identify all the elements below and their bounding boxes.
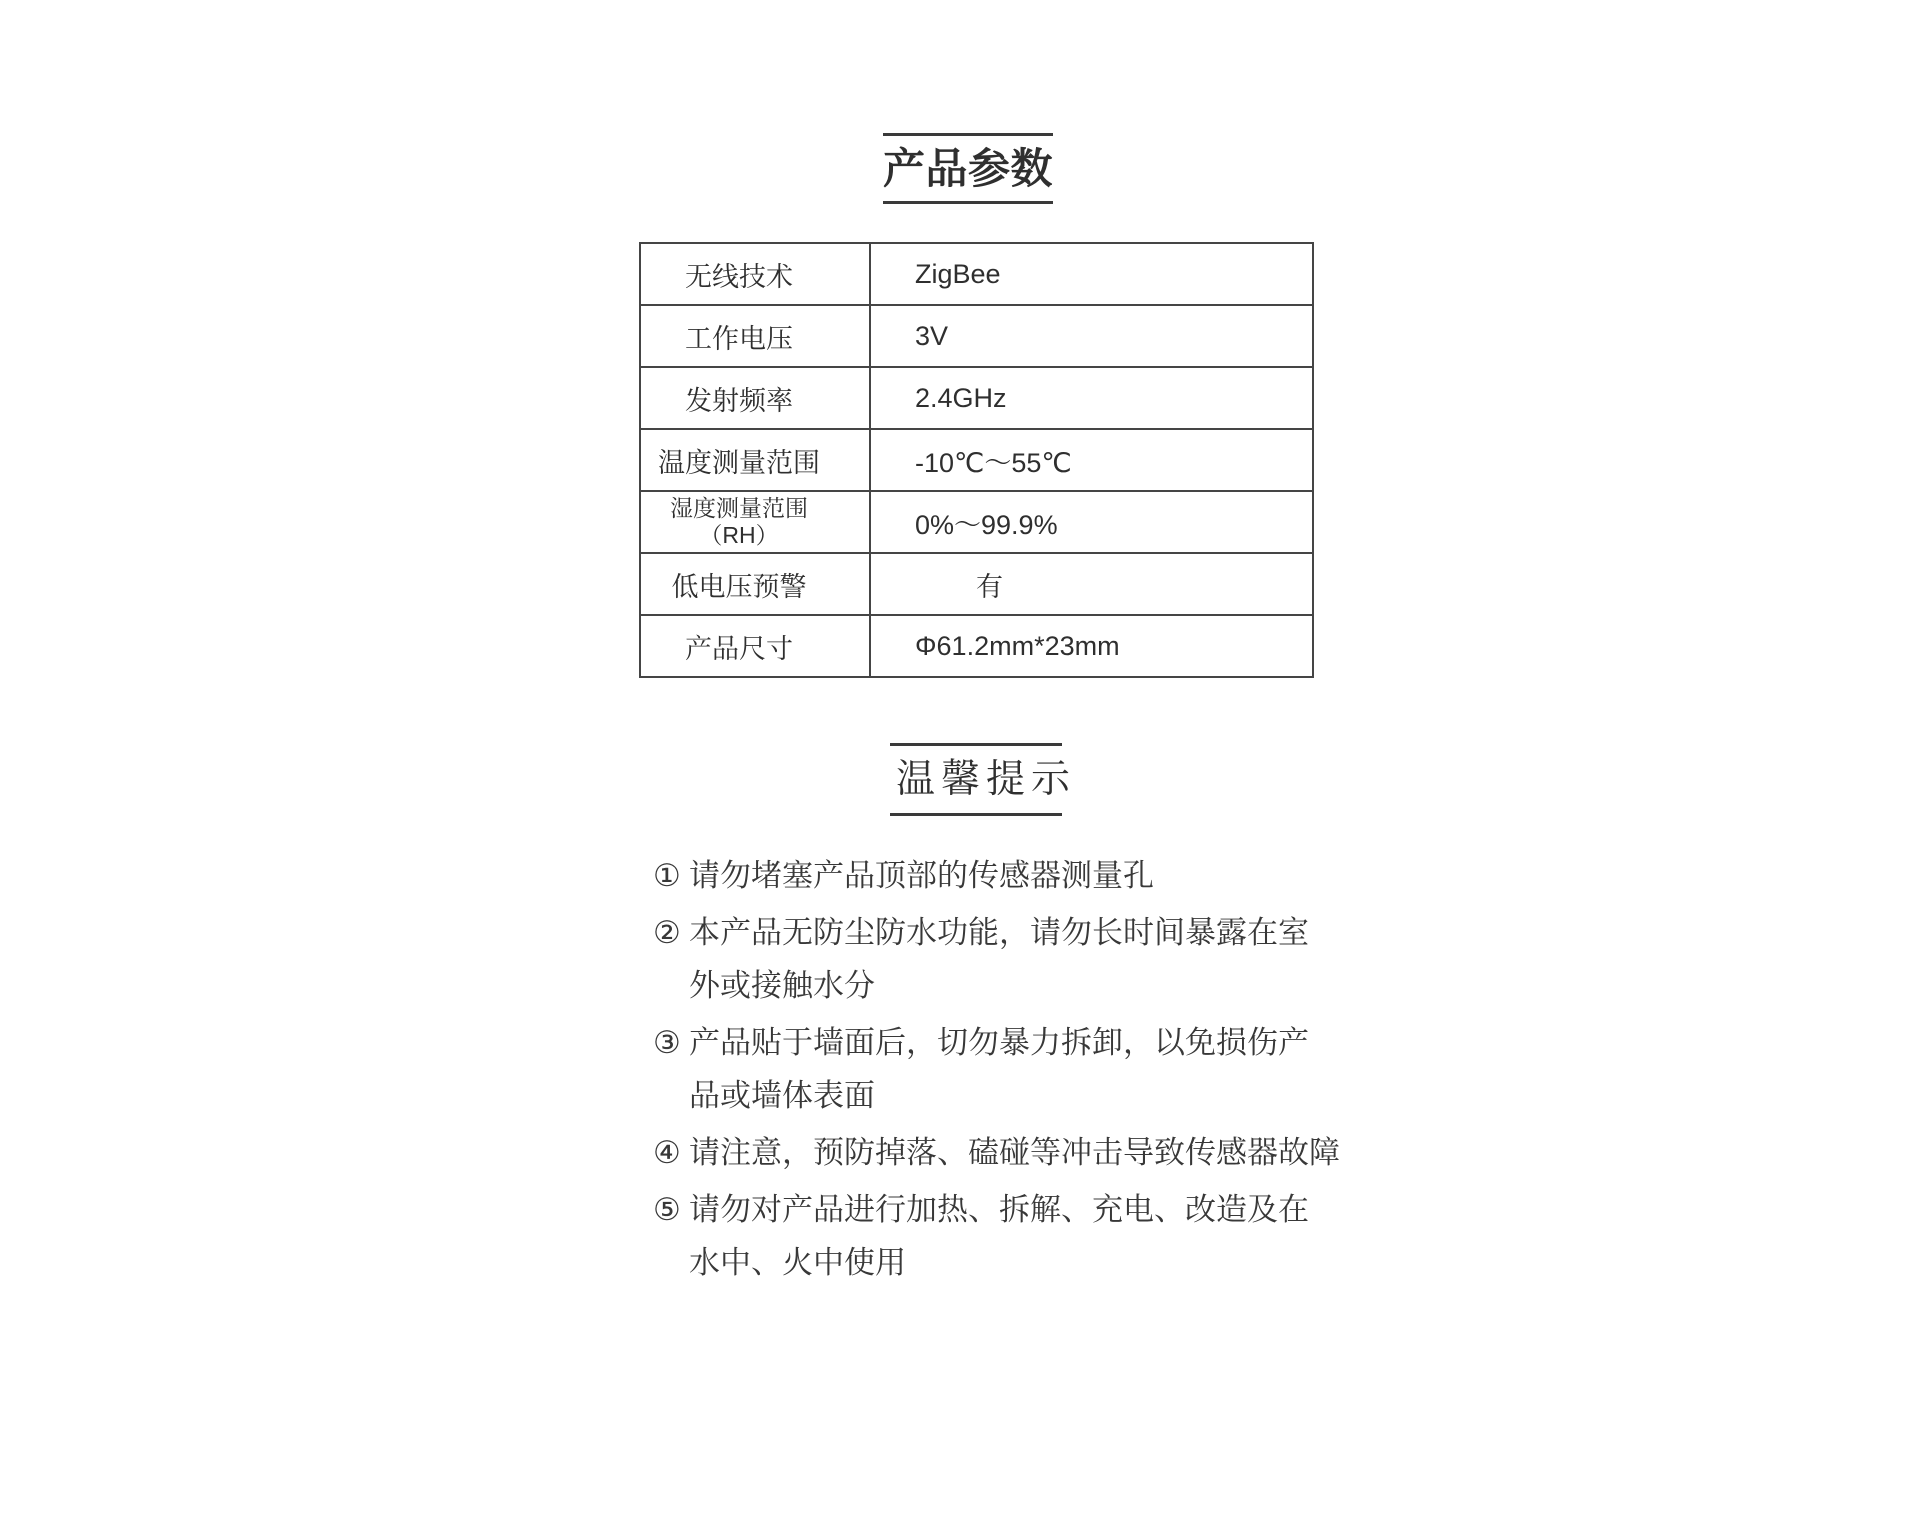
spec-label: 湿度测量范围 （RH） [640, 491, 870, 553]
tip-item: ⑤ 请勿对产品进行加热、拆解、充电、改造及在 水中、火中使用 [653, 1183, 1413, 1289]
spec-label: 无线技术 [640, 243, 870, 305]
tips-list: ① 请勿堵塞产品顶部的传感器测量孔 ② 本产品无防尘防水功能，请勿长时间暴露在室… [653, 849, 1413, 1293]
tip-number: ② [653, 906, 689, 959]
tip-number: ④ [653, 1126, 689, 1179]
table-row: 发射频率 2.4GHz [640, 367, 1313, 429]
tip-item: ④ 请注意，预防掉落、磕碰等冲击导致传感器故障 [653, 1126, 1413, 1179]
spec-label: 工作电压 [640, 305, 870, 367]
tip-number: ③ [653, 1016, 689, 1069]
spec-label: 产品尺寸 [640, 615, 870, 677]
spec-label: 低电压预警 [640, 553, 870, 615]
table-row: 湿度测量范围 （RH） 0%～99.9% [640, 491, 1313, 553]
spec-value: 0%～99.9% [870, 491, 1313, 553]
tip-number: ⑤ [653, 1183, 689, 1236]
spec-label: 温度测量范围 [640, 429, 870, 491]
spec-value: ZigBee [870, 243, 1313, 305]
tip-text: 请注意，预防掉落、磕碰等冲击导致传感器故障 [689, 1126, 1340, 1179]
tip-item: ③ 产品贴于墙面后，切勿暴力拆卸，以免损伤产 品或墙体表面 [653, 1016, 1413, 1122]
spec-value: Φ61.2mm*23mm [870, 615, 1313, 677]
spec-label: 发射频率 [640, 367, 870, 429]
spec-value: 2.4GHz [870, 367, 1313, 429]
spec-value: -10℃～55℃ [870, 429, 1313, 491]
tip-text: 本产品无防尘防水功能，请勿长时间暴露在室 外或接触水分 [689, 906, 1309, 1012]
tip-text: 请勿堵塞产品顶部的传感器测量孔 [689, 849, 1154, 902]
tip-item: ② 本产品无防尘防水功能，请勿长时间暴露在室 外或接触水分 [653, 906, 1413, 1012]
section-title-tips: 温馨提示 [890, 743, 1062, 816]
spec-table: 无线技术 ZigBee 工作电压 3V 发射频率 2.4GHz 温度测量范围 -… [639, 242, 1314, 678]
page-canvas: 产品参数 无线技术 ZigBee 工作电压 3V 发射频率 2.4GHz 温度测… [0, 0, 1920, 1533]
spec-value: 3V [870, 305, 1313, 367]
tip-number: ① [653, 849, 689, 902]
table-row: 无线技术 ZigBee [640, 243, 1313, 305]
table-row: 低电压预警 有 [640, 553, 1313, 615]
table-row: 温度测量范围 -10℃～55℃ [640, 429, 1313, 491]
section-title-params: 产品参数 [883, 133, 1053, 204]
tip-text: 产品贴于墙面后，切勿暴力拆卸，以免损伤产 品或墙体表面 [689, 1016, 1309, 1122]
tip-item: ① 请勿堵塞产品顶部的传感器测量孔 [653, 849, 1413, 902]
tip-text: 请勿对产品进行加热、拆解、充电、改造及在 水中、火中使用 [689, 1183, 1309, 1289]
table-row: 工作电压 3V [640, 305, 1313, 367]
table-row: 产品尺寸 Φ61.2mm*23mm [640, 615, 1313, 677]
spec-value: 有 [870, 553, 1313, 615]
